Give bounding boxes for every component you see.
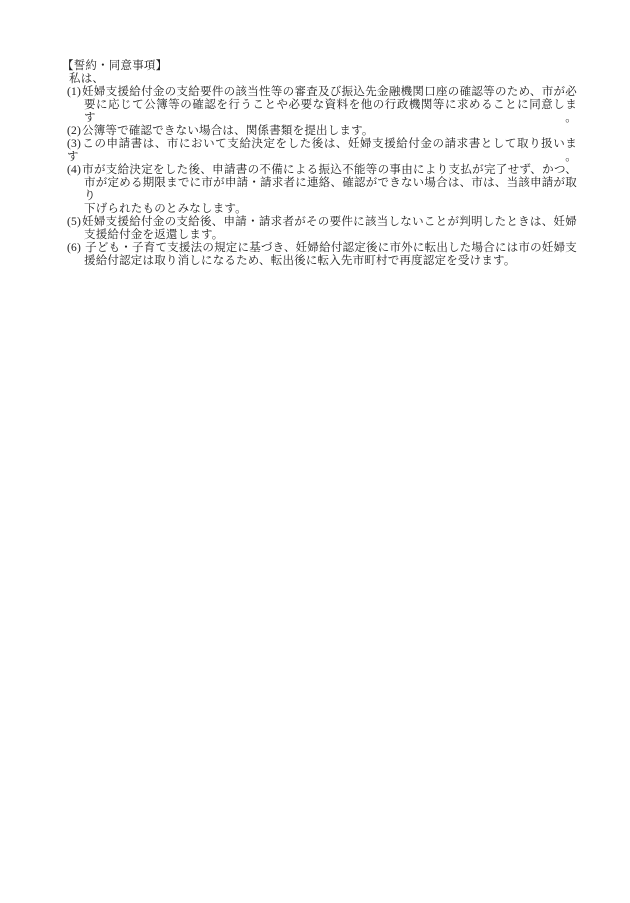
pledge-consent-section: 【誓約・同意事項】 私は、 (1)妊婦支援給付金の支給要件の該当性等の審査及び振… <box>62 60 577 268</box>
pledge-line: (5)妊婦支援給付金の支給後、申請・請求者がその要件に該当しないことが判明したと… <box>67 216 577 229</box>
item-marker: (4) <box>67 164 82 176</box>
item-marker: (5) <box>67 216 82 228</box>
pledge-item-6: (6) 子ども・子育て支援法の規定に基づき、妊婦給付認定後に市外に転出した場合に… <box>62 242 577 268</box>
pledge-line: (3)この申請書は、市において支給決定をした後は、妊婦支援給付金の請求書として取… <box>67 138 577 164</box>
intro-line: 私は、 <box>69 73 577 86</box>
pledge-item-1: (1)妊婦支援給付金の支給要件の該当性等の審査及び振込先金融機関口座の確認等のた… <box>62 86 577 125</box>
pledge-line: 下げられたものとみなします。 <box>84 203 577 216</box>
item-text: 公簿等で確認できない場合は、関係書類を提出します。 <box>82 125 374 137</box>
item-text: 妊婦支援給付金の支給後、申請・請求者がその要件に該当しないことが判明したときは、… <box>82 216 577 228</box>
section-heading: 【誓約・同意事項】 <box>62 60 577 73</box>
item-marker: (3) <box>67 138 82 150</box>
pledge-item-5: (5)妊婦支援給付金の支給後、申請・請求者がその要件に該当しないことが判明したと… <box>62 216 577 242</box>
pledge-item-3: (3)この申請書は、市において支給決定をした後は、妊婦支援給付金の請求書として取… <box>62 138 577 164</box>
pledge-line: 市が定める期限までに市が申請・請求者に連絡、確認ができない場合は、市は、当該申請… <box>84 177 577 203</box>
pledge-line: 支援給付金を返還します。 <box>84 229 577 242</box>
item-text: 妊婦支援給付金の支給要件の該当性等の審査及び振込先金融機関口座の確認等のため、市… <box>82 86 577 98</box>
item-marker: (1) <box>67 86 82 98</box>
pledge-item-2: (2)公簿等で確認できない場合は、関係書類を提出します。 <box>62 125 577 138</box>
pledge-line: 要に応じて公簿等の確認を行うことや必要な資料を他の行政機関等に求めることに同意し… <box>84 99 577 125</box>
pledge-line: (6) 子ども・子育て支援法の規定に基づき、妊婦給付認定後に市外に転出した場合に… <box>67 242 577 255</box>
item-marker: (2) <box>67 125 82 137</box>
pledge-line: (1)妊婦支援給付金の支給要件の該当性等の審査及び振込先金融機関口座の確認等のた… <box>67 86 577 99</box>
pledge-line: 援給付認定は取り消しになるため、転出後に転入先市町村で再度認定を受けます。 <box>84 255 577 268</box>
item-text: この申請書は、市において支給決定をした後は、妊婦支援給付金の請求書として取り扱い… <box>67 138 577 163</box>
pledge-item-4: (4)市が支給決定をした後、申請書の不備による振込不能等の事由により支払が完了せ… <box>62 164 577 216</box>
pledge-line: (2)公簿等で確認できない場合は、関係書類を提出します。 <box>67 125 577 138</box>
item-text: 市が支給決定をした後、申請書の不備による振込不能等の事由により支払が完了せず、か… <box>82 164 577 176</box>
item-text: 子ども・子育て支援法の規定に基づき、妊婦給付認定後に市外に転出した場合には市の妊… <box>82 242 577 254</box>
document-page: 【誓約・同意事項】 私は、 (1)妊婦支援給付金の支給要件の該当性等の審査及び振… <box>0 0 630 903</box>
item-marker: (6) <box>67 242 82 254</box>
pledge-line: (4)市が支給決定をした後、申請書の不備による振込不能等の事由により支払が完了せ… <box>67 164 577 177</box>
